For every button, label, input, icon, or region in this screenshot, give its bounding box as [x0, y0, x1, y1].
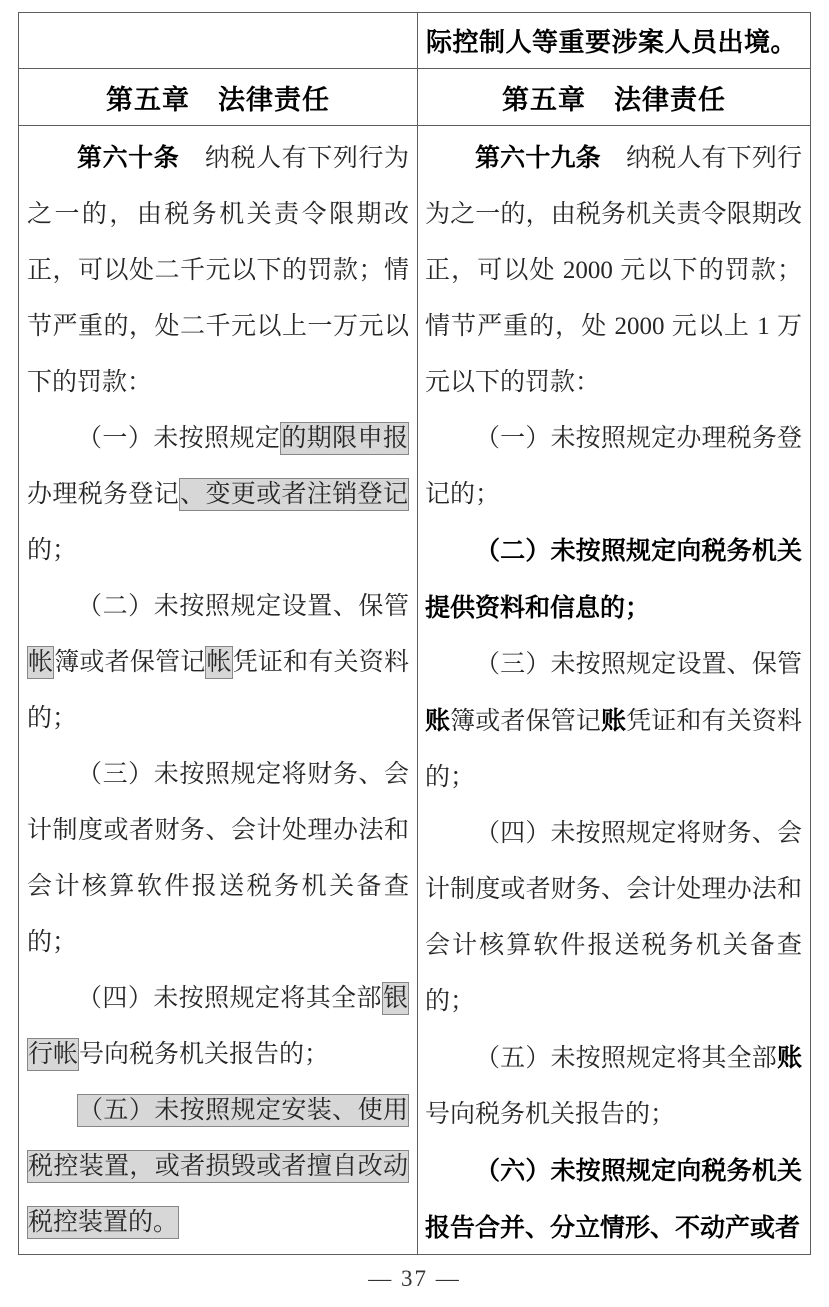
text-run: （三）未按照规定设置、保管 [475, 651, 802, 678]
carryover-cell-right: 际控制人等重要涉案人员出境。 [418, 13, 810, 69]
paragraph: （二）未按照规定设置、保管帐簿或者保管记帐凭证和有关资料的； [27, 579, 409, 747]
paragraph: （二）未按照规定向税务机关提供资料和信息的； [425, 523, 802, 637]
bold-text-run: 账 [601, 707, 626, 735]
bold-text-run: 账 [425, 707, 450, 735]
paragraph: （三）未按照规定设置、保管账簿或者保管记账凭证和有关资料的； [425, 637, 802, 806]
text-run: （一）未按照规定办理税务登记的； [425, 425, 802, 508]
highlighted-text-run: 帐 [27, 646, 54, 679]
paragraph: （四）未按照规定将其全部银行帐号向税务机关报告的； [27, 971, 409, 1083]
text-run: （一）未按照规定 [77, 425, 280, 452]
highlighted-text-run: 的期限申报 [280, 422, 409, 455]
text-run: 簿或者保管记 [54, 649, 205, 676]
highlighted-text-run: （五）未按照规定安装、使用税控装置，或者损毁或者擅自改动税控装置的。 [27, 1094, 409, 1239]
law-comparison-table: 际控制人等重要涉案人员出境。 第五章 法律责任 第五章 法律责任 第六十条 纳税… [18, 12, 811, 1255]
bold-text-run: （六）未按照规定向税务机关报告合并、分立情形、不动产或者 [425, 1157, 802, 1242]
article-body-left: 第六十条 纳税人有下列行为之一的，由税务机关责令限期改正，可以处二千元以下的罚款… [19, 126, 418, 1254]
paragraph: 第六十条 纳税人有下列行为之一的，由税务机关责令限期改正，可以处二千元以下的罚款… [27, 130, 409, 411]
text-run: 办理税务登记 [27, 481, 179, 508]
paragraph: （五）未按照规定将其全部账号向税务机关报告的； [425, 1030, 802, 1143]
paragraph: （一）未按照规定的期限申报办理税务登记、变更或者注销登记的； [27, 411, 409, 579]
paragraph: （六）未按照规定向税务机关报告合并、分立情形、不动产或者 [425, 1143, 802, 1254]
paragraph: （四）未按照规定将财务、会计制度或者财务、会计处理办法和会计核算软件报送税务机关… [425, 806, 802, 1030]
highlighted-text-run: 帐 [205, 646, 232, 679]
highlighted-text-run: 、变更或者注销登记 [179, 478, 409, 511]
text-run: 号向税务机关报告的； [79, 1041, 329, 1068]
text-run: （五）未按照规定将其全部 [475, 1045, 777, 1072]
text-run: 纳税人有下列行为之一的，由税务机关责令限期改正，可以处二千元以下的罚款；情节严重… [27, 145, 409, 396]
paragraph: 第六十九条 纳税人有下列行为之一的，由税务机关责令限期改正，可以处 2000 元… [425, 130, 802, 411]
text-run: （二）未按照规定设置、保管 [77, 593, 409, 620]
text-run: 簿或者保管记 [450, 708, 601, 735]
text-run: （四）未按照规定将其全部 [77, 985, 382, 1012]
bold-text-run: （二）未按照规定向税务机关提供资料和信息的； [425, 537, 802, 622]
chapter-heading-left: 第五章 法律责任 [19, 69, 418, 126]
text-run: （三）未按照规定将财务、会计制度或者财务、会计处理办法和会计核算软件报送税务机关… [27, 761, 409, 956]
page-number: — 37 — [18, 1266, 811, 1292]
text-run: 纳税人有下列行为之一的，由税务机关责令限期改正，可以处 2000 元以下的罚款；… [425, 145, 802, 396]
text-run: （四）未按照规定将财务、会计制度或者财务、会计处理办法和会计核算软件报送税务机关… [425, 820, 802, 1015]
bold-text-run: 第六十九条 [475, 144, 601, 172]
carryover-cell-left [19, 13, 418, 69]
paragraph: （三）未按照规定将财务、会计制度或者财务、会计处理办法和会计核算软件报送税务机关… [27, 747, 409, 971]
bold-text-run: 第六十条 [77, 144, 179, 172]
paragraph: （五）未按照规定安装、使用税控装置，或者损毁或者擅自改动税控装置的。 [27, 1083, 409, 1251]
paragraph: （一）未按照规定办理税务登记的； [425, 411, 802, 523]
bold-text-run: 账 [777, 1044, 802, 1072]
article-body-right: 第六十九条 纳税人有下列行为之一的，由税务机关责令限期改正，可以处 2000 元… [418, 126, 810, 1254]
chapter-heading-right: 第五章 法律责任 [418, 69, 810, 126]
text-run: 的； [27, 537, 77, 564]
text-run: 号向税务机关报告的； [425, 1101, 675, 1128]
